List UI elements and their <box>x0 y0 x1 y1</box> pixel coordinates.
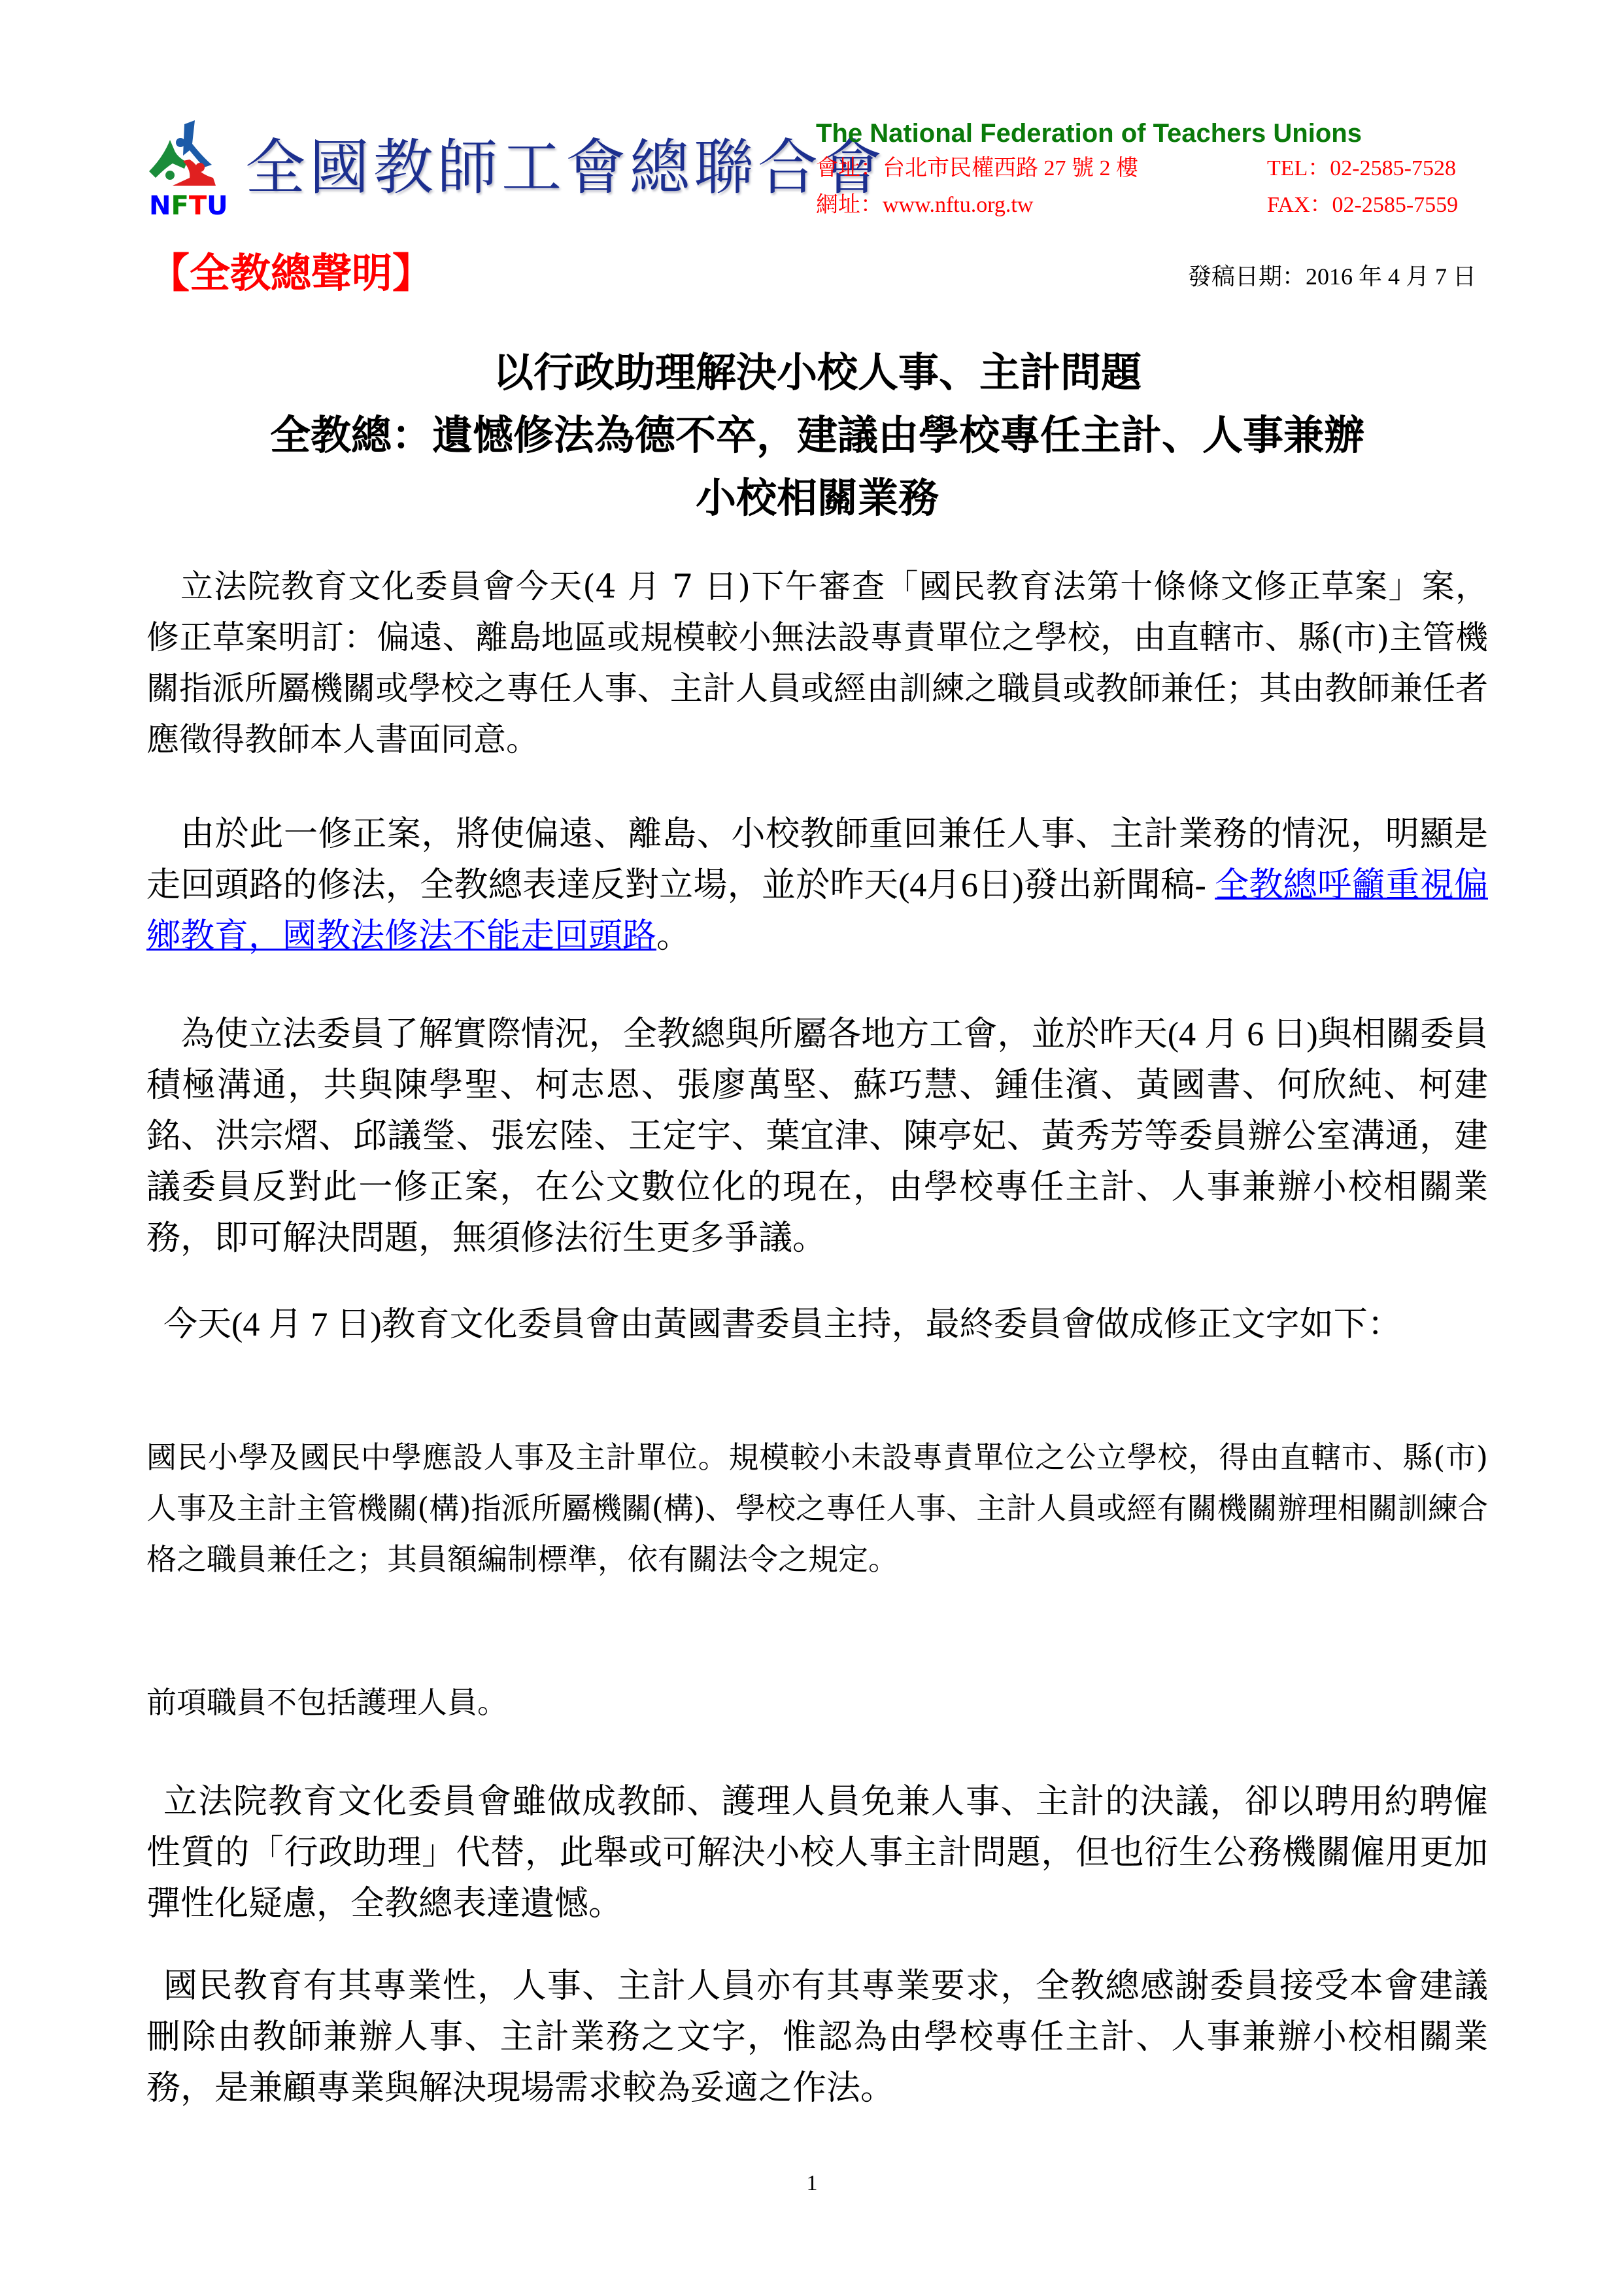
website-row: 網址：www.nftu.org.tw FAX：02-2585-7559 <box>816 187 1489 224</box>
statement-tag: 【全教總聲明】 <box>149 247 433 299</box>
logo-letter-f: F <box>171 191 188 221</box>
body-paragraph-2: 由於此一修正案，將使偏遠、離島、小校教師重回兼任人事、主計業務的情況，明顯是走回… <box>146 809 1488 962</box>
page-number: 1 <box>0 2170 1624 2197</box>
body-paragraph-1: 立法院教育文化委員會今天(4 月 7 日)下午審查「國民教育法第十條條文修正草案… <box>146 561 1488 765</box>
address-row: 會址：台北市民權西路 27 號 2 樓 TEL：02-2585-7528 <box>816 150 1489 187</box>
org-name-chinese: 全國教師工會總聯合會 <box>245 132 886 204</box>
org-fax: FAX：02-2585-7559 <box>1267 187 1458 224</box>
issue-date: 發稿日期：2016 年 4 月 7 日 <box>1188 260 1476 293</box>
nftu-logo: NFTU 全國教師工會總聯合會 <box>144 118 719 222</box>
body-paragraph-5: 立法院教育文化委員會雖做成教師、護理人員免兼人事、主計的決議，卻以聘用約聘僱性質… <box>146 1777 1488 1930</box>
org-tel: TEL：02-2585-7528 <box>1267 150 1456 187</box>
logo-letter-u: U <box>207 191 228 221</box>
document-page: NFTU 全國教師工會總聯合會 The National Federation … <box>0 0 1624 2294</box>
org-name-english: The National Federation of Teachers Unio… <box>816 116 1489 150</box>
org-website: 網址：www.nftu.org.tw <box>816 187 1033 224</box>
headline-line-3: 小校相關業務 <box>131 472 1504 524</box>
org-contact-info: The National Federation of Teachers Unio… <box>816 116 1489 224</box>
org-address: 會址：台北市民權西路 27 號 2 樓 <box>816 150 1138 187</box>
nftu-abbreviation: NFTU <box>149 193 228 219</box>
body-paragraph-3: 為使立法委員了解實際情況，全教總與所屬各地方工會，並於昨天(4 月 6 日)與相… <box>146 1009 1488 1264</box>
headline-line-1: 以行政助理解決小校人事、主計問題 <box>131 346 1504 399</box>
body-paragraph-6: 國民教育有其專業性，人事、主計人員亦有其專業要求，全教總感謝委員接受本會建議刪除… <box>146 1961 1488 2114</box>
headline-line-2: 全教總：遺憾修法為德不卒，建議由學校專任主計、人事兼辦 <box>131 409 1504 462</box>
amended-text-paragraph-1: 國民小學及國民中學應設人事及主計單位。規模較小未設專責單位之公立學校，得由直轄市… <box>146 1432 1488 1585</box>
amended-text-paragraph-2: 前項職員不包括護理人員。 <box>146 1677 1488 1728</box>
logo-letter-n: N <box>149 191 171 221</box>
paragraph-2-end: 。 <box>656 918 690 955</box>
logo-letter-t: T <box>189 191 207 221</box>
body-paragraph-4: 今天(4 月 7 日)教育文化委員會由黃國書委員主持，最終委員會做成修正文字如下… <box>146 1300 1488 1351</box>
nftu-emblem-icon <box>144 118 242 190</box>
